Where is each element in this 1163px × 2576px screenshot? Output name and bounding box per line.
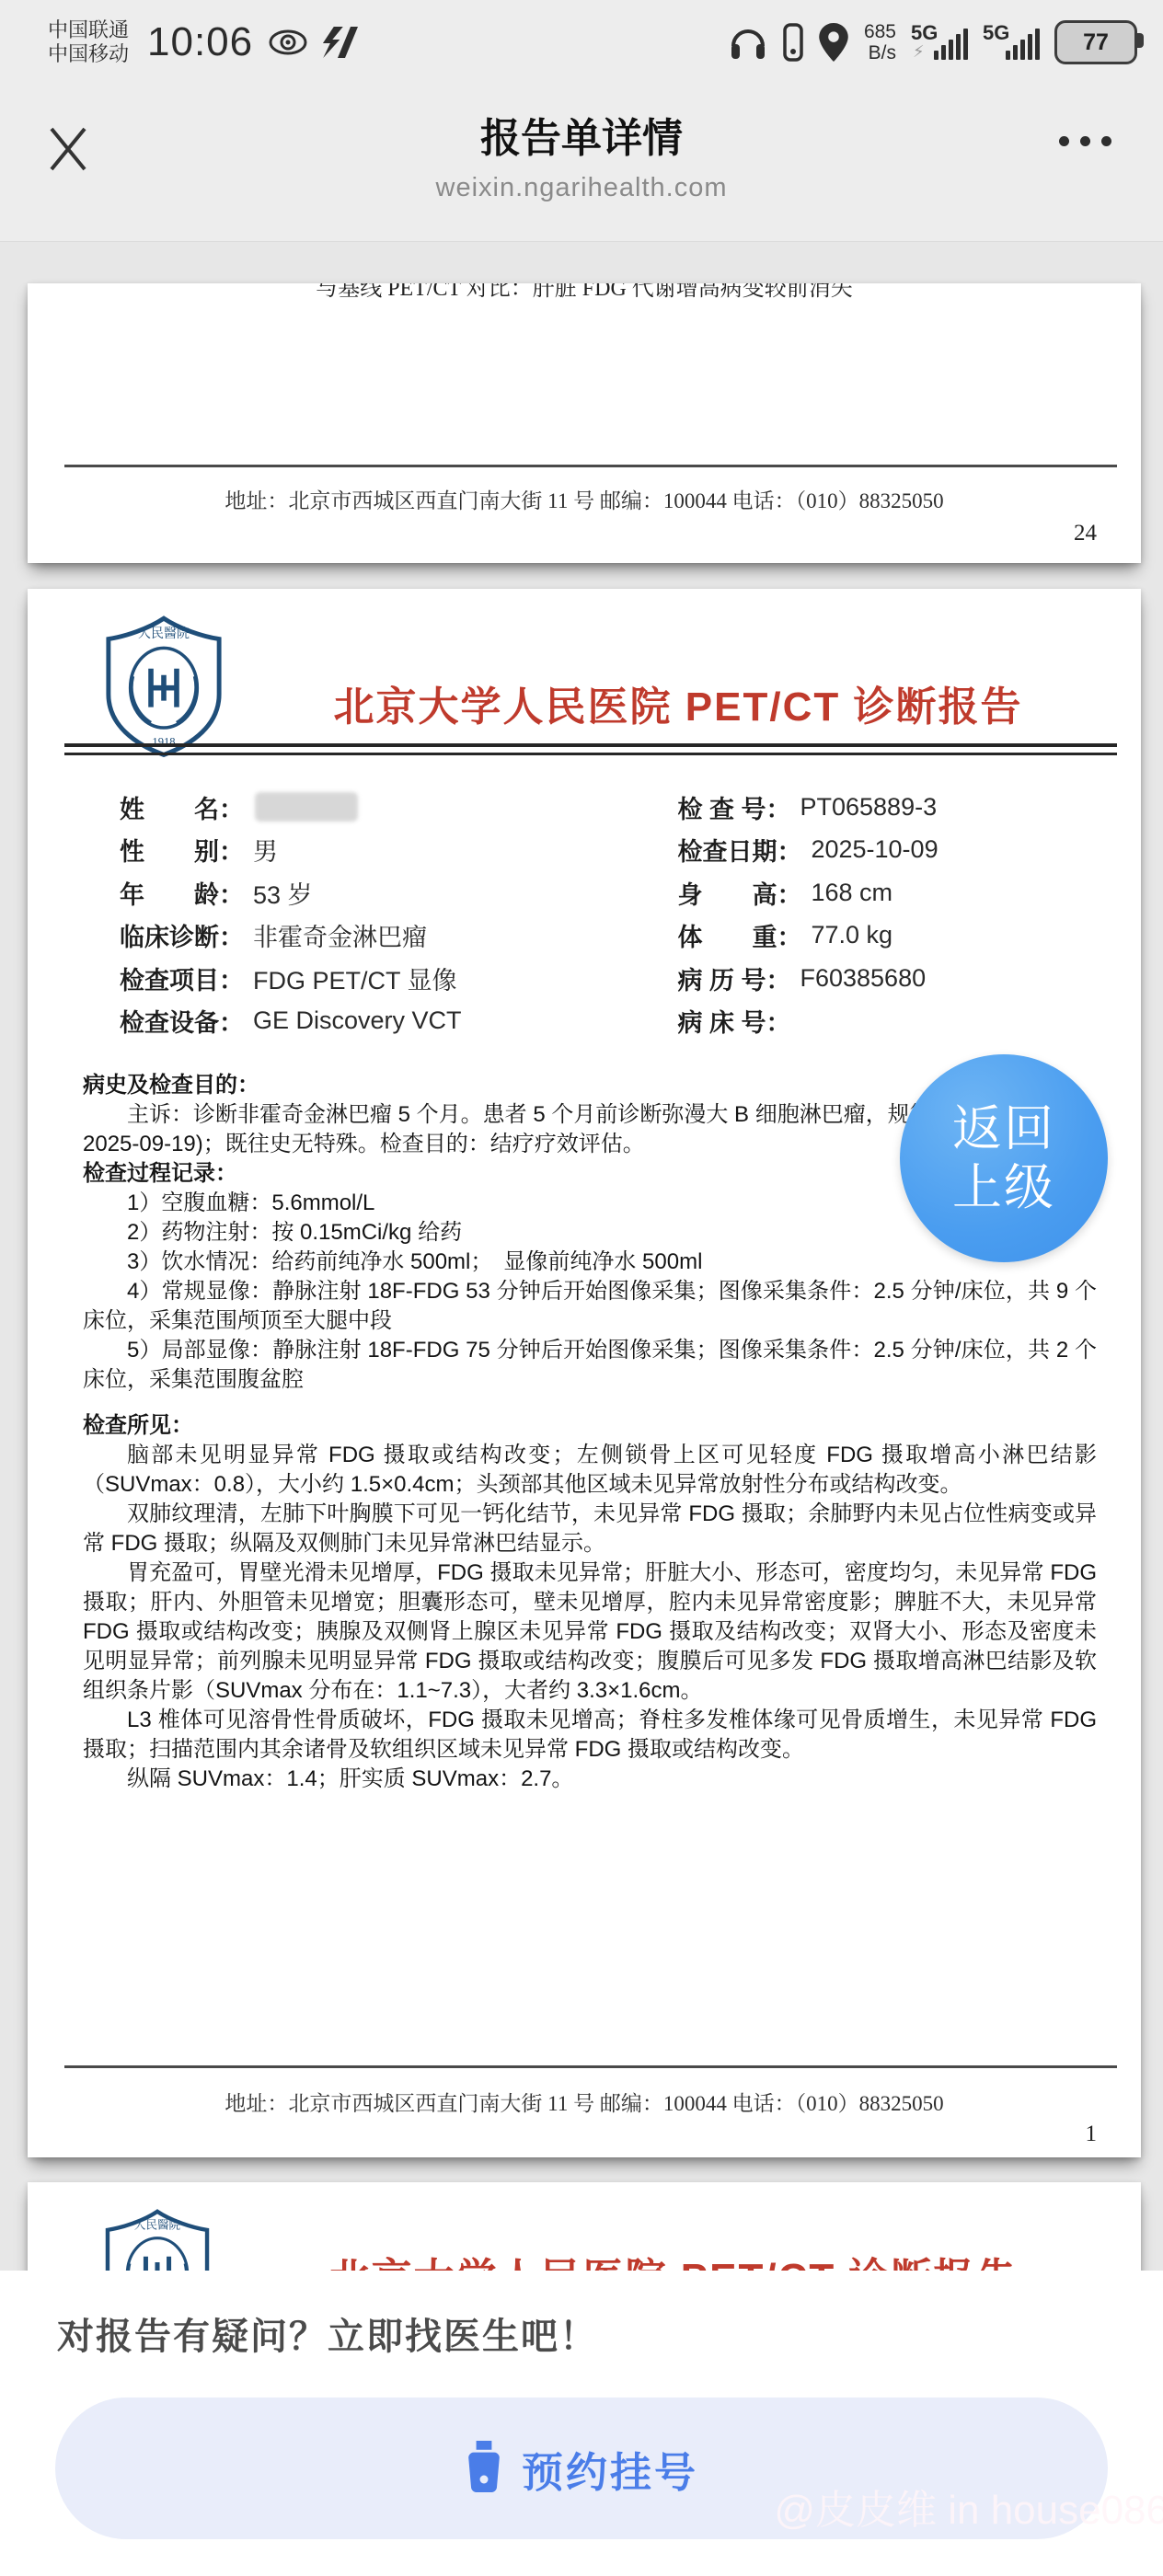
status-bar: 中国联通 中国移动 10:06 685 B/s 5G ⚡ 5G — [0, 0, 1163, 85]
battery-icon: 77 — [1054, 20, 1137, 64]
signal-sim2-icon: 5G — [983, 21, 1040, 63]
more-menu-button[interactable] — [1059, 136, 1111, 146]
clock: 10:06 — [147, 19, 253, 65]
patient-row-diagnosis: 临床诊断：非霍奇金淋巴瘤 — [120, 914, 677, 958]
findings-paragraph: L3 椎体可见溶骨性骨质破坏，FDG 摄取未见增高；脊柱多发椎体缘可见骨质增生，… — [83, 1706, 1097, 1765]
battery-percent: 77 — [1083, 29, 1109, 56]
report-page-previous: 与基线 PET/CT 对比：肝脏 FDG 代谢增高病变较前消失 地址：北京市西城… — [28, 283, 1141, 563]
findings-paragraph: 双肺纹理清，左肺下叶胸膜下可见一钙化结节，未见异常 FDG 摄取；余肺野内未见占… — [83, 1500, 1097, 1558]
patient-row-device: 检查设备：GE Discovery VCT — [120, 1000, 677, 1043]
patient-row-bed-no: 病 床 号： — [677, 1000, 1099, 1043]
report-page-main: 人民醫院 1918 北京大学人民医院 PET/CT 诊断报告 姓 名： 性 别：… — [28, 589, 1141, 2157]
bottom-action-bar: 对报告有疑问？立即找医生吧！ 预约挂号 @皮皮维 in house086 — [0, 2271, 1163, 2576]
process-item: 3）饮水情况：给药前纯净水 500ml； 显像前纯净水 500ml — [83, 1248, 1097, 1277]
headset-icon — [728, 22, 768, 63]
signal-sim1-icon: 5G ⚡ — [911, 21, 968, 63]
clipped-report-line: 与基线 PET/CT 对比：肝脏 FDG 代谢增高病变较前消失 — [28, 283, 1141, 302]
network-speed: 685 B/s — [864, 21, 896, 63]
ask-doctor-text: 对报告有疑问？立即找医生吧！ — [57, 2307, 598, 2360]
page-title: 报告单详情 — [0, 105, 1163, 164]
appointment-label: 预约挂号 — [522, 2439, 698, 2499]
nav-bar: 报告单详情 weixin.ngarihealth.com — [0, 85, 1163, 242]
findings-heading: 检查所见： — [83, 1411, 1097, 1441]
patient-row-sex: 性 别：男 — [120, 829, 677, 872]
redacted-name — [255, 792, 358, 822]
hospital-address: 地址：北京市西城区西直门南大街 11 号 邮编：100044 电话：（010）8… — [28, 2087, 1141, 2117]
findings-paragraph: 脑部未见明显异常 FDG 摄取或结构改变；左侧锁骨上区可见轻度 FDG 摄取增高… — [83, 1441, 1097, 1500]
svg-text:人民醫院: 人民醫院 — [134, 2219, 181, 2232]
vibrate-icon — [783, 23, 803, 62]
patient-row-weight: 体 重：77.0 kg — [677, 914, 1099, 958]
patient-row-exam-no: 检 查 号：PT065889-3 — [677, 786, 1099, 829]
patient-row-height: 身 高：168 cm — [677, 871, 1099, 914]
patient-row-exam-date: 检查日期：2025-10-09 — [677, 829, 1099, 872]
patient-row-record-no: 病 历 号：F60385680 — [677, 957, 1099, 1000]
eye-protection-icon — [268, 27, 308, 58]
page-number: 1 — [1086, 2122, 1098, 2147]
carrier-2: 中国移动 — [48, 42, 129, 66]
carrier-1: 中国联通 — [48, 18, 129, 42]
footer-rule — [64, 465, 1117, 467]
patient-row-name: 姓 名： — [120, 786, 677, 829]
report-title: 北京大学人民医院 PET/CT 诊断报告 — [248, 673, 1108, 732]
page-url: weixin.ngarihealth.com — [0, 173, 1163, 203]
page-number: 24 — [1074, 521, 1097, 546]
patient-row-exam-item: 检查项目：FDG PET/CT 显像 — [120, 957, 677, 1000]
process-item: 5）局部显像：静脉注射 18F-FDG 75 分钟后开始图像采集；图像采集条件：… — [83, 1336, 1097, 1395]
patient-info: 姓 名： 性 别：男 年 龄：53 岁 临床诊断：非霍奇金淋巴瘤 检查项目：FD… — [120, 786, 1099, 1042]
footer-rule — [64, 2065, 1117, 2068]
appointment-button[interactable]: 预约挂号 — [55, 2398, 1108, 2539]
back-to-parent-button[interactable]: 返回 上级 — [900, 1054, 1108, 1262]
appointment-icon — [465, 2441, 503, 2497]
hospital-address: 地址：北京市西城区西直门南大街 11 号 邮编：100044 电话：（010）8… — [28, 484, 1141, 514]
svg-text:人民醫院: 人民醫院 — [138, 627, 190, 641]
process-item: 4）常规显像：静脉注射 18F-FDG 53 分钟后开始图像采集；图像采集条件：… — [83, 1277, 1097, 1336]
location-icon — [818, 23, 849, 62]
findings-paragraph: 胃充盈可，胃壁光滑未见增厚，FDG 摄取未见异常；肝脏大小、形态可，密度均匀，未… — [83, 1558, 1097, 1706]
hospital-logo: 人民醫院 1918 — [99, 615, 228, 765]
findings-paragraph: 纵隔 SUVmax：1.4；肝实质 SUVmax：2.7。 — [83, 1765, 1097, 1794]
header-rule — [64, 743, 1117, 755]
performance-mode-icon — [323, 25, 360, 60]
report-scroll-area[interactable]: 与基线 PET/CT 对比：肝脏 FDG 代谢增高病变较前消失 地址：北京市西城… — [0, 242, 1163, 2576]
carrier-labels: 中国联通 中国移动 — [48, 18, 129, 66]
patient-row-age: 年 龄：53 岁 — [120, 871, 677, 914]
